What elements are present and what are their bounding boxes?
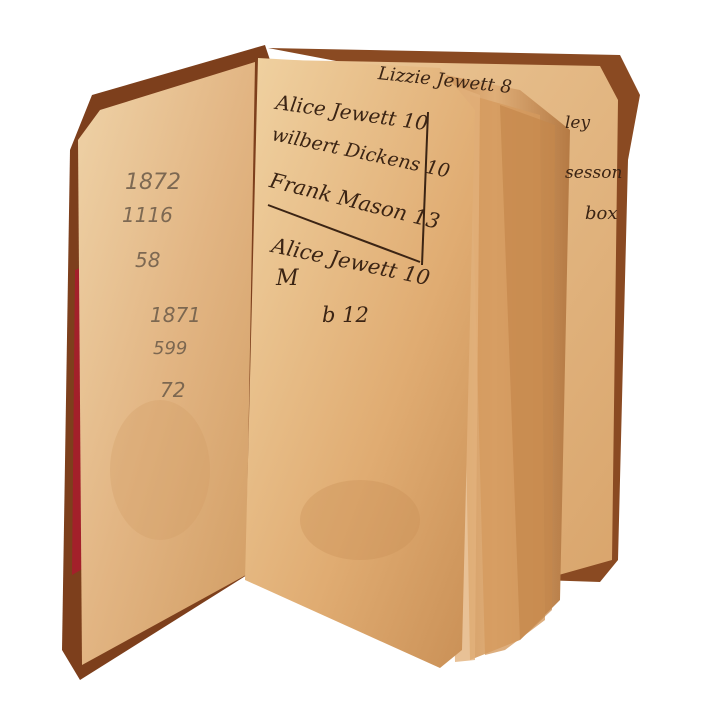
pencil-note-3: 58 xyxy=(135,250,160,270)
book-photo: 1872 1116 58 1871 599 72 Alice Jewett 10… xyxy=(0,0,720,720)
back-note-sesson: sesson xyxy=(565,165,622,182)
pencil-note-1: 1872 xyxy=(125,172,181,194)
pencil-note-6: 72 xyxy=(160,380,185,400)
pencil-note-2: 1116 xyxy=(122,205,173,225)
ink-note-b12: b 12 xyxy=(322,305,369,326)
ink-note-m: M xyxy=(276,268,299,290)
pencil-note-4: 1871 xyxy=(150,305,201,325)
left-page xyxy=(78,62,255,665)
back-note-ley: ley xyxy=(565,115,590,132)
back-note-box: box xyxy=(585,205,618,223)
pencil-note-5: 599 xyxy=(153,340,187,358)
